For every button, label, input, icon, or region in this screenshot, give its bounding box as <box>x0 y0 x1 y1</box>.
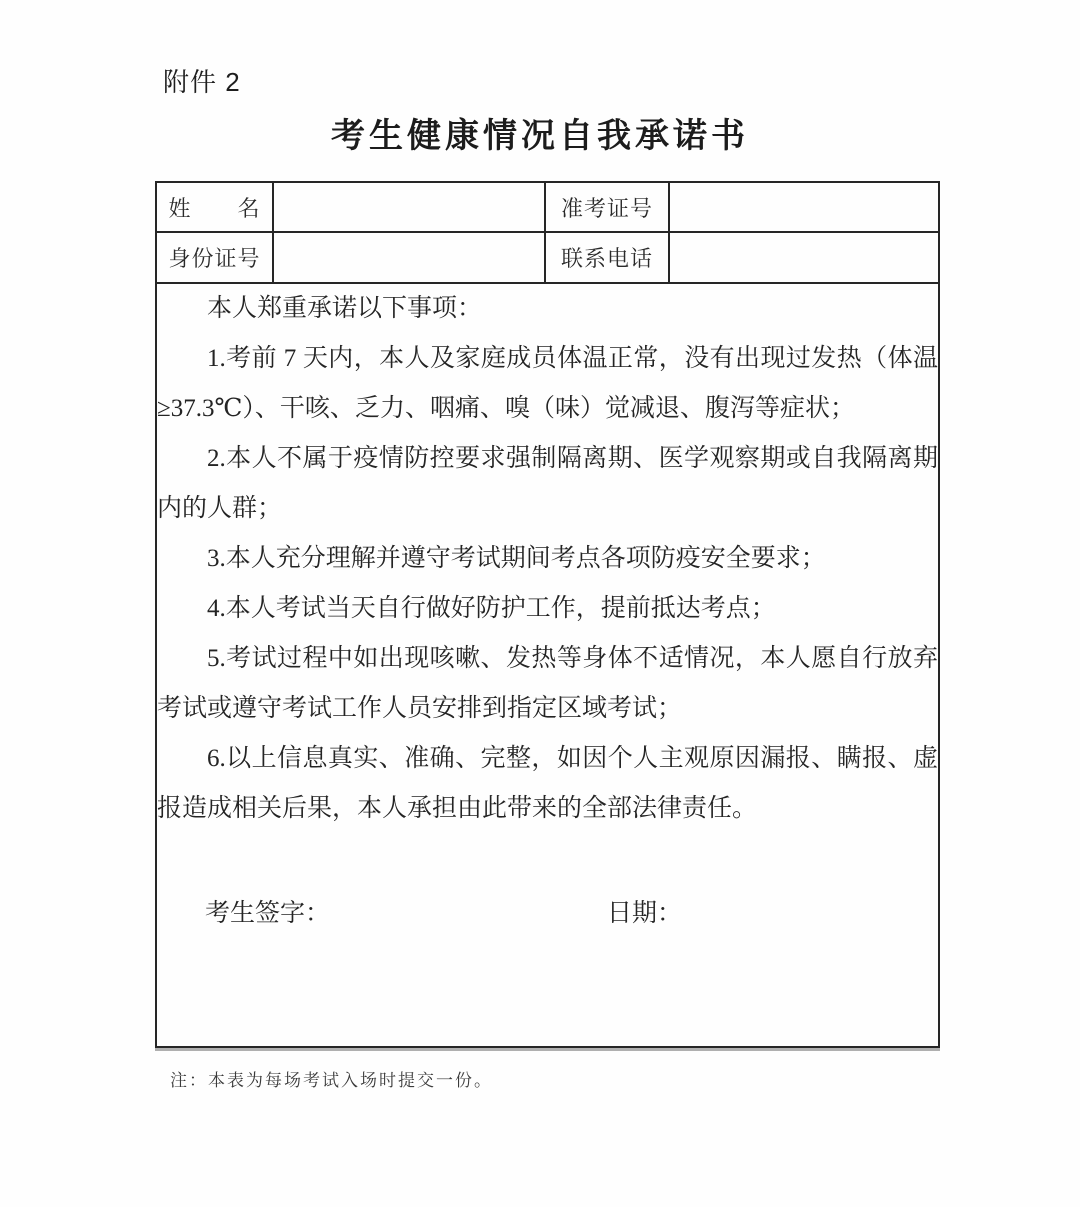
pledge-item-2: 2.本人不属于疫情防控要求强制隔离期、医学观察期或自我隔离期内的人群； <box>157 434 938 534</box>
name-value-cell[interactable] <box>273 182 545 232</box>
table-row: 身份证号 联系电话 <box>156 232 939 283</box>
pledge-item-6: 6.以上信息真实、准确、完整，如因个人主观原因漏报、瞒报、虚报造成相关后果，本人… <box>157 734 938 834</box>
id-number-label: 身份证号 <box>156 232 273 283</box>
document-page: 附件 2 考生健康情况自我承诺书 姓 名 准考证号 身份证号 联系电话 <box>0 0 1080 1207</box>
id-number-value-cell[interactable] <box>273 232 545 283</box>
phone-label: 联系电话 <box>545 232 669 283</box>
table-row: 本人郑重承诺以下事项： 1.考前 7 天内，本人及家庭成员体温正常，没有出现过发… <box>156 283 939 1047</box>
candidate-info-table: 姓 名 准考证号 身份证号 联系电话 本人郑重承诺以下事项： 1.考前 7 天内… <box>155 181 940 1048</box>
document-title: 考生健康情况自我承诺书 <box>0 108 1080 157</box>
pledge-intro: 本人郑重承诺以下事项： <box>157 284 938 334</box>
pledge-cell: 本人郑重承诺以下事项： 1.考前 7 天内，本人及家庭成员体温正常，没有出现过发… <box>156 283 939 1047</box>
signature-row: 考生签字： 日期： <box>157 889 938 939</box>
table-row: 姓 名 准考证号 <box>156 182 939 232</box>
pledge-item-1: 1.考前 7 天内，本人及家庭成员体温正常，没有出现过发热（体温≥37.3℃）、… <box>157 334 938 434</box>
pledge-item-4: 4.本人考试当天自行做好防护工作，提前抵达考点； <box>157 584 938 634</box>
admission-no-label: 准考证号 <box>545 182 669 232</box>
candidate-signature-label: 考生签字： <box>205 889 330 939</box>
admission-no-value-cell[interactable] <box>669 182 939 232</box>
name-label: 姓 名 <box>156 182 273 232</box>
attachment-label: 附件 2 <box>163 62 241 99</box>
date-label: 日期： <box>607 889 682 939</box>
pledge-item-3: 3.本人充分理解并遵守考试期间考点各项防疫安全要求； <box>157 534 938 584</box>
pledge-item-5: 5.考试过程中如出现咳嗽、发热等身体不适情况，本人愿自行放弃考试或遵守考试工作人… <box>157 634 938 734</box>
phone-value-cell[interactable] <box>669 232 939 283</box>
footnote: 注：本表为每场考试入场时提交一份。 <box>170 1066 493 1091</box>
